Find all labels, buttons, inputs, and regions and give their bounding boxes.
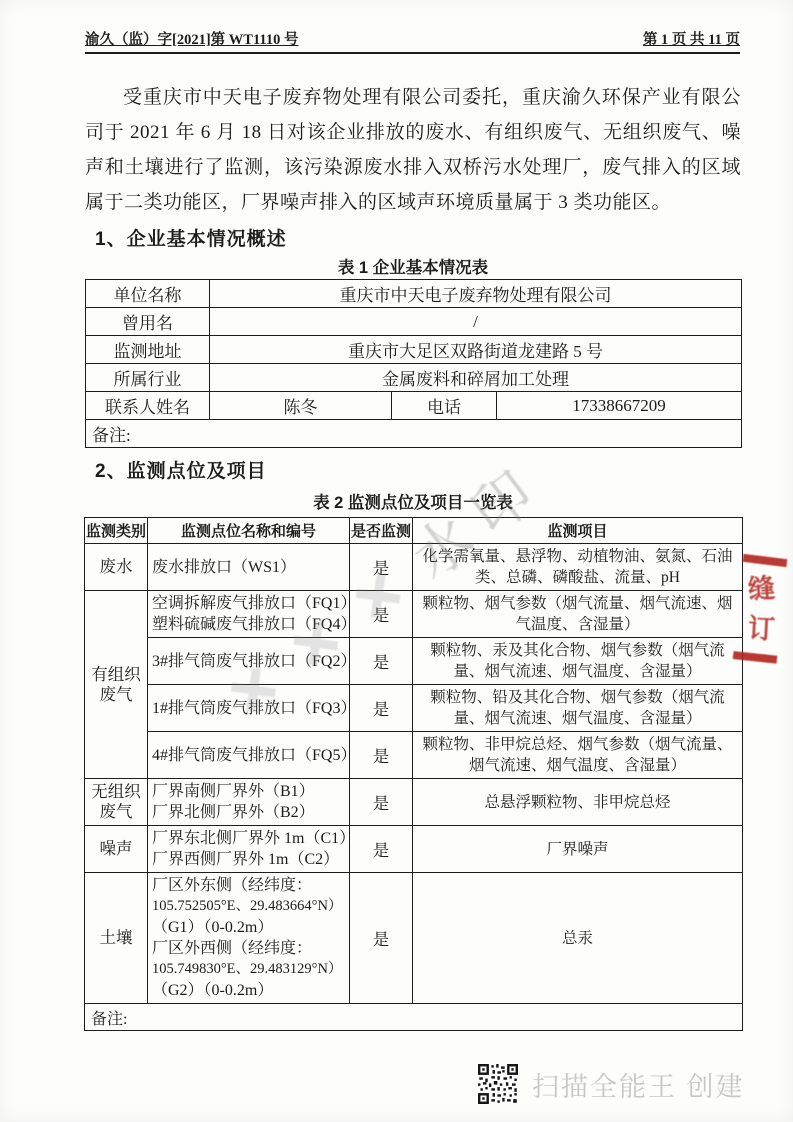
table-row-organized-gas-4: 4#排气筒废气排放口（FQ5） 是 颗粒物、非甲烷总烃、烟气参数（烟气流量、烟气…	[85, 732, 743, 779]
point-line: 厂界北侧厂界外（B2）	[152, 802, 345, 823]
cell-monitored: 是	[350, 638, 413, 685]
point-line: 105.752505°E、29.483664°N）	[152, 896, 345, 917]
seal-character: 订	[747, 611, 776, 646]
cell-category: 有组织废气	[85, 591, 148, 779]
point-line: （G2）（0-0.2m）	[152, 980, 345, 1001]
cell-monitored: 是	[350, 779, 413, 826]
page-number: 第 1 页 共 11 页	[643, 28, 740, 49]
cell-monitored: 是	[350, 685, 413, 732]
col-header-category: 监测类别	[85, 518, 148, 544]
table-row-note: 备注:	[85, 1004, 743, 1031]
section1-title: 1、企业基本情况概述	[95, 224, 287, 251]
table-row-organized-gas-3: 1#排气筒废气排放口（FQ3） 是 颗粒物、铅及其化合物、烟气参数（烟气流量、烟…	[85, 685, 743, 732]
table-row-organized-gas-1: 有组织废气 空调拆解废气排放口（FQ1） 塑料硫碱废气排放口（FQ4） 是 颗粒…	[85, 591, 743, 638]
qr-code-icon	[478, 1062, 518, 1106]
cell-monitored: 是	[350, 826, 413, 873]
table1-caption: 表 1 企业基本情况表	[85, 254, 741, 278]
section2-title: 2、监测点位及项目	[95, 456, 267, 483]
cell-points: 1#排气筒废气排放口（FQ3）	[148, 685, 350, 732]
cell-items: 总汞	[413, 873, 743, 1004]
point-line: 厂界东北侧厂界外 1m（C1）	[152, 828, 345, 849]
table2-caption: 表 2 监测点位及项目一览表	[85, 489, 741, 513]
cell-monitored: 是	[350, 873, 413, 1004]
cell-items: 颗粒物、汞及其化合物、烟气参数（烟气流量、烟气流速、烟气温度、含湿量）	[413, 638, 743, 685]
table-row-soil: 土壤 厂区外东侧（经纬度： 105.752505°E、29.483664°N） …	[85, 873, 743, 1004]
cell-items: 厂界噪声	[413, 826, 743, 873]
table-row-contact: 联系人姓名 陈冬 电话 17338667209	[86, 392, 742, 420]
cell-items: 总悬浮颗粒物、非甲烷总烃	[413, 779, 743, 826]
cell-points: 厂区外东侧（经纬度： 105.752505°E、29.483664°N） （G1…	[148, 873, 350, 1004]
table-company-info: 单位名称 重庆市中天电子废弃物处理有限公司 曾用名 / 监测地址 重庆市大足区双…	[85, 279, 742, 448]
cell-items: 颗粒物、非甲烷总烃、烟气参数（烟气流量、烟气流速、烟气温度、含湿量）	[413, 732, 743, 779]
cell-label: 曾用名	[86, 308, 210, 336]
cell-monitored: 是	[350, 591, 413, 638]
col-header-point: 监测点位名称和编号	[148, 518, 350, 544]
cell-value: 重庆市大足区双路街道龙建路 5 号	[210, 336, 742, 364]
point-line: 厂界南侧厂界外（B1）	[152, 781, 345, 802]
point-line: 1#排气筒废气排放口（FQ3）	[152, 698, 345, 719]
seal-character: 缝	[746, 571, 775, 607]
cell-points: 废水排放口（WS1）	[148, 544, 350, 591]
cell-points: 厂界东北侧厂界外 1m（C1） 厂界西侧厂界外 1m（C2）	[148, 826, 350, 873]
point-line: 废水排放口（WS1）	[152, 557, 345, 578]
point-line: 105.749830°E、29.483129°N）	[152, 959, 345, 980]
cell-value: /	[210, 308, 742, 336]
table-row-unorganized-gas: 无组织废气 厂界南侧厂界外（B1） 厂界北侧厂界外（B2） 是 总悬浮颗粒物、非…	[85, 779, 743, 826]
scanner-credit: 扫描全能王 创建	[532, 1065, 745, 1104]
table-header-row: 监测类别 监测点位名称和编号 是否监测 监测项目	[85, 518, 743, 544]
point-line: 3#排气筒废气排放口（FQ2）	[152, 651, 345, 672]
point-line: 厂区外西侧（经纬度：	[152, 938, 345, 959]
cell-label: 联系人姓名	[86, 392, 210, 420]
cell-value: 金属废料和碎屑加工处理	[210, 364, 742, 392]
cell-items: 化学需氧量、悬浮物、动植物油、氨氮、石油类、总磷、磷酸盐、流量、pH	[413, 544, 743, 591]
table-row: 所属行业 金属废料和碎屑加工处理	[86, 364, 742, 392]
table-row-noise: 噪声 厂界东北侧厂界外 1m（C1） 厂界西侧厂界外 1m（C2） 是 厂界噪声	[85, 826, 743, 873]
cell-phone-number: 17338667209	[497, 392, 742, 420]
cell-category: 土壤	[85, 873, 148, 1004]
cell-category: 无组织废气	[85, 779, 148, 826]
col-header-items: 监测项目	[413, 518, 743, 544]
table-row: 监测地址 重庆市大足区双路街道龙建路 5 号	[86, 336, 742, 364]
table-row-organized-gas-2: 3#排气筒废气排放口（FQ2） 是 颗粒物、汞及其化合物、烟气参数（烟气流量、烟…	[85, 638, 743, 685]
point-line: 空调拆解废气排放口（FQ1）	[152, 593, 345, 614]
col-header-monitored: 是否监测	[350, 518, 413, 544]
intro-paragraph: 受重庆市中天电子废弃物处理有限公司委托，重庆渝久环保产业有限公司于 2021 年…	[85, 80, 741, 220]
cell-note: 备注:	[85, 1004, 743, 1031]
cell-items: 颗粒物、烟气参数（烟气流量、烟气流速、烟气温度、含湿量）	[413, 591, 743, 638]
point-line: 塑料硫碱废气排放口（FQ4）	[152, 614, 345, 635]
table-row-note: 备注:	[86, 420, 742, 448]
table-monitoring-points: 监测类别 监测点位名称和编号 是否监测 监测项目 废水 废水排放口（WS1） 是…	[84, 517, 743, 1031]
cell-contact-name: 陈冬	[210, 392, 392, 420]
cell-items: 颗粒物、铅及其化合物、烟气参数（烟气流量、烟气流速、烟气温度、含湿量）	[413, 685, 743, 732]
point-line: 4#排气筒废气排放口（FQ5）	[152, 745, 345, 766]
page-footer: 扫描全能王 创建	[478, 1062, 745, 1106]
cell-note: 备注:	[86, 420, 742, 448]
cell-label: 所属行业	[86, 364, 210, 392]
point-line: 厂界西侧厂界外 1m（C2）	[152, 849, 345, 870]
seal-bar	[743, 554, 788, 567]
binding-seal: 缝 订	[735, 556, 787, 662]
cell-points: 3#排气筒废气排放口（FQ2）	[148, 638, 350, 685]
table-row-wastewater: 废水 废水排放口（WS1） 是 化学需氧量、悬浮物、动植物油、氨氮、石油类、总磷…	[85, 544, 743, 591]
cell-value: 重庆市中天电子废弃物处理有限公司	[210, 280, 742, 308]
cell-label: 单位名称	[86, 280, 210, 308]
cell-monitored: 是	[350, 732, 413, 779]
cell-label: 监测地址	[86, 336, 210, 364]
seal-bar	[733, 651, 778, 664]
page-header: 渝久（监）字[2021]第 WT1110 号 第 1 页 共 11 页	[85, 28, 740, 54]
table-row: 单位名称 重庆市中天电子废弃物处理有限公司	[86, 280, 742, 308]
document-page: 渝久（监）字[2021]第 WT1110 号 第 1 页 共 11 页 受重庆市…	[0, 0, 793, 1122]
cell-phone-label: 电话	[392, 392, 497, 420]
point-line: 厂区外东侧（经纬度：	[152, 875, 345, 896]
cell-category: 噪声	[85, 826, 148, 873]
table-row: 曾用名 /	[86, 308, 742, 336]
point-line: （G1）（0-0.2m）	[152, 917, 345, 938]
doc-number: 渝久（监）字[2021]第 WT1110 号	[85, 28, 298, 49]
cell-points: 4#排气筒废气排放口（FQ5）	[148, 732, 350, 779]
cell-points: 空调拆解废气排放口（FQ1） 塑料硫碱废气排放口（FQ4）	[148, 591, 350, 638]
cell-category: 废水	[85, 544, 148, 591]
cell-monitored: 是	[350, 544, 413, 591]
cell-points: 厂界南侧厂界外（B1） 厂界北侧厂界外（B2）	[148, 779, 350, 826]
